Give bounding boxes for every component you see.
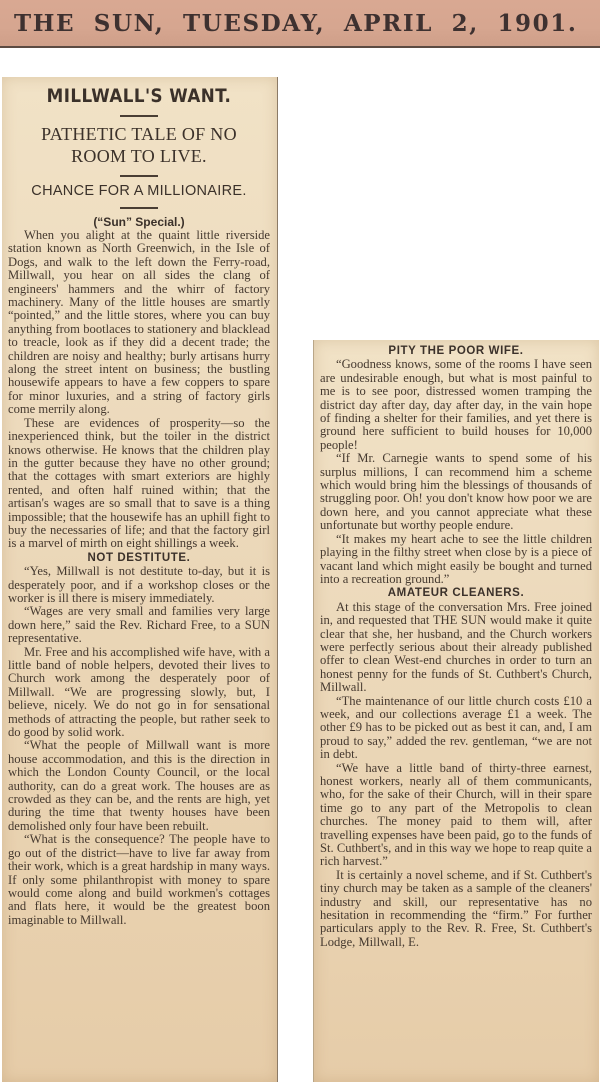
article-deck: CHANCE FOR A MILLIONAIRE. [8,183,270,199]
paragraph: “Goodness knows, some of the rooms I hav… [320,358,592,452]
paragraph: “What the people of Millwall want is mor… [8,739,270,833]
masthead-title: THE SUN, TUESDAY, APRIL 2, 1901. [14,10,590,37]
paragraph: “It makes my heart ache to see the littl… [320,533,592,587]
paragraph: “The maintenance of our little church co… [320,695,592,762]
article-body-right: PITY THE POOR WIFE. “Goodness knows, som… [320,345,592,949]
article-headline: MILLWALL'S WANT. [24,85,255,107]
subheadline-divider [120,175,158,177]
paragraph: At this stage of the conversation Mrs. F… [320,601,592,695]
paragraph: It is certainly a novel scheme, and if S… [320,869,592,949]
paragraph: These are evidences of prosperity—so the… [8,417,270,551]
paragraph: Mr. Free and his accomplished wife have,… [8,646,270,740]
article-body-left: When you alight at the quaint little riv… [8,229,270,927]
paragraph: “We have a little band of thirty-three e… [320,762,592,869]
paragraph: “What is the consequence? The people hav… [8,833,270,927]
section-heading-amateur-cleaners: AMATEUR CLEANERS. [320,587,592,600]
paragraph: “Wages are very small and families very … [8,605,270,645]
paragraph: “Yes, Millwall is not destitute to-day, … [8,565,270,605]
article-byline: (“Sun” Special.) [8,215,270,229]
article-subheadline: PATHETIC TALE OF NO ROOM TO LIVE. [12,123,266,167]
clipping-left-column: MILLWALL'S WANT. PATHETIC TALE OF NO ROO… [2,77,278,1082]
paragraph: When you alight at the quaint little riv… [8,229,270,417]
paragraph: “If Mr. Carnegie wants to spend some of … [320,452,592,532]
newspaper-masthead: THE SUN, TUESDAY, APRIL 2, 1901. [0,0,600,48]
section-heading-pity-the-poor-wife: PITY THE POOR WIFE. [320,345,592,358]
deck-divider [120,207,158,209]
clipping-right-column: PITY THE POOR WIFE. “Goodness knows, som… [313,340,599,1082]
headline-divider [120,115,158,117]
section-heading-not-destitute: NOT DESTITUTE. [8,552,270,565]
